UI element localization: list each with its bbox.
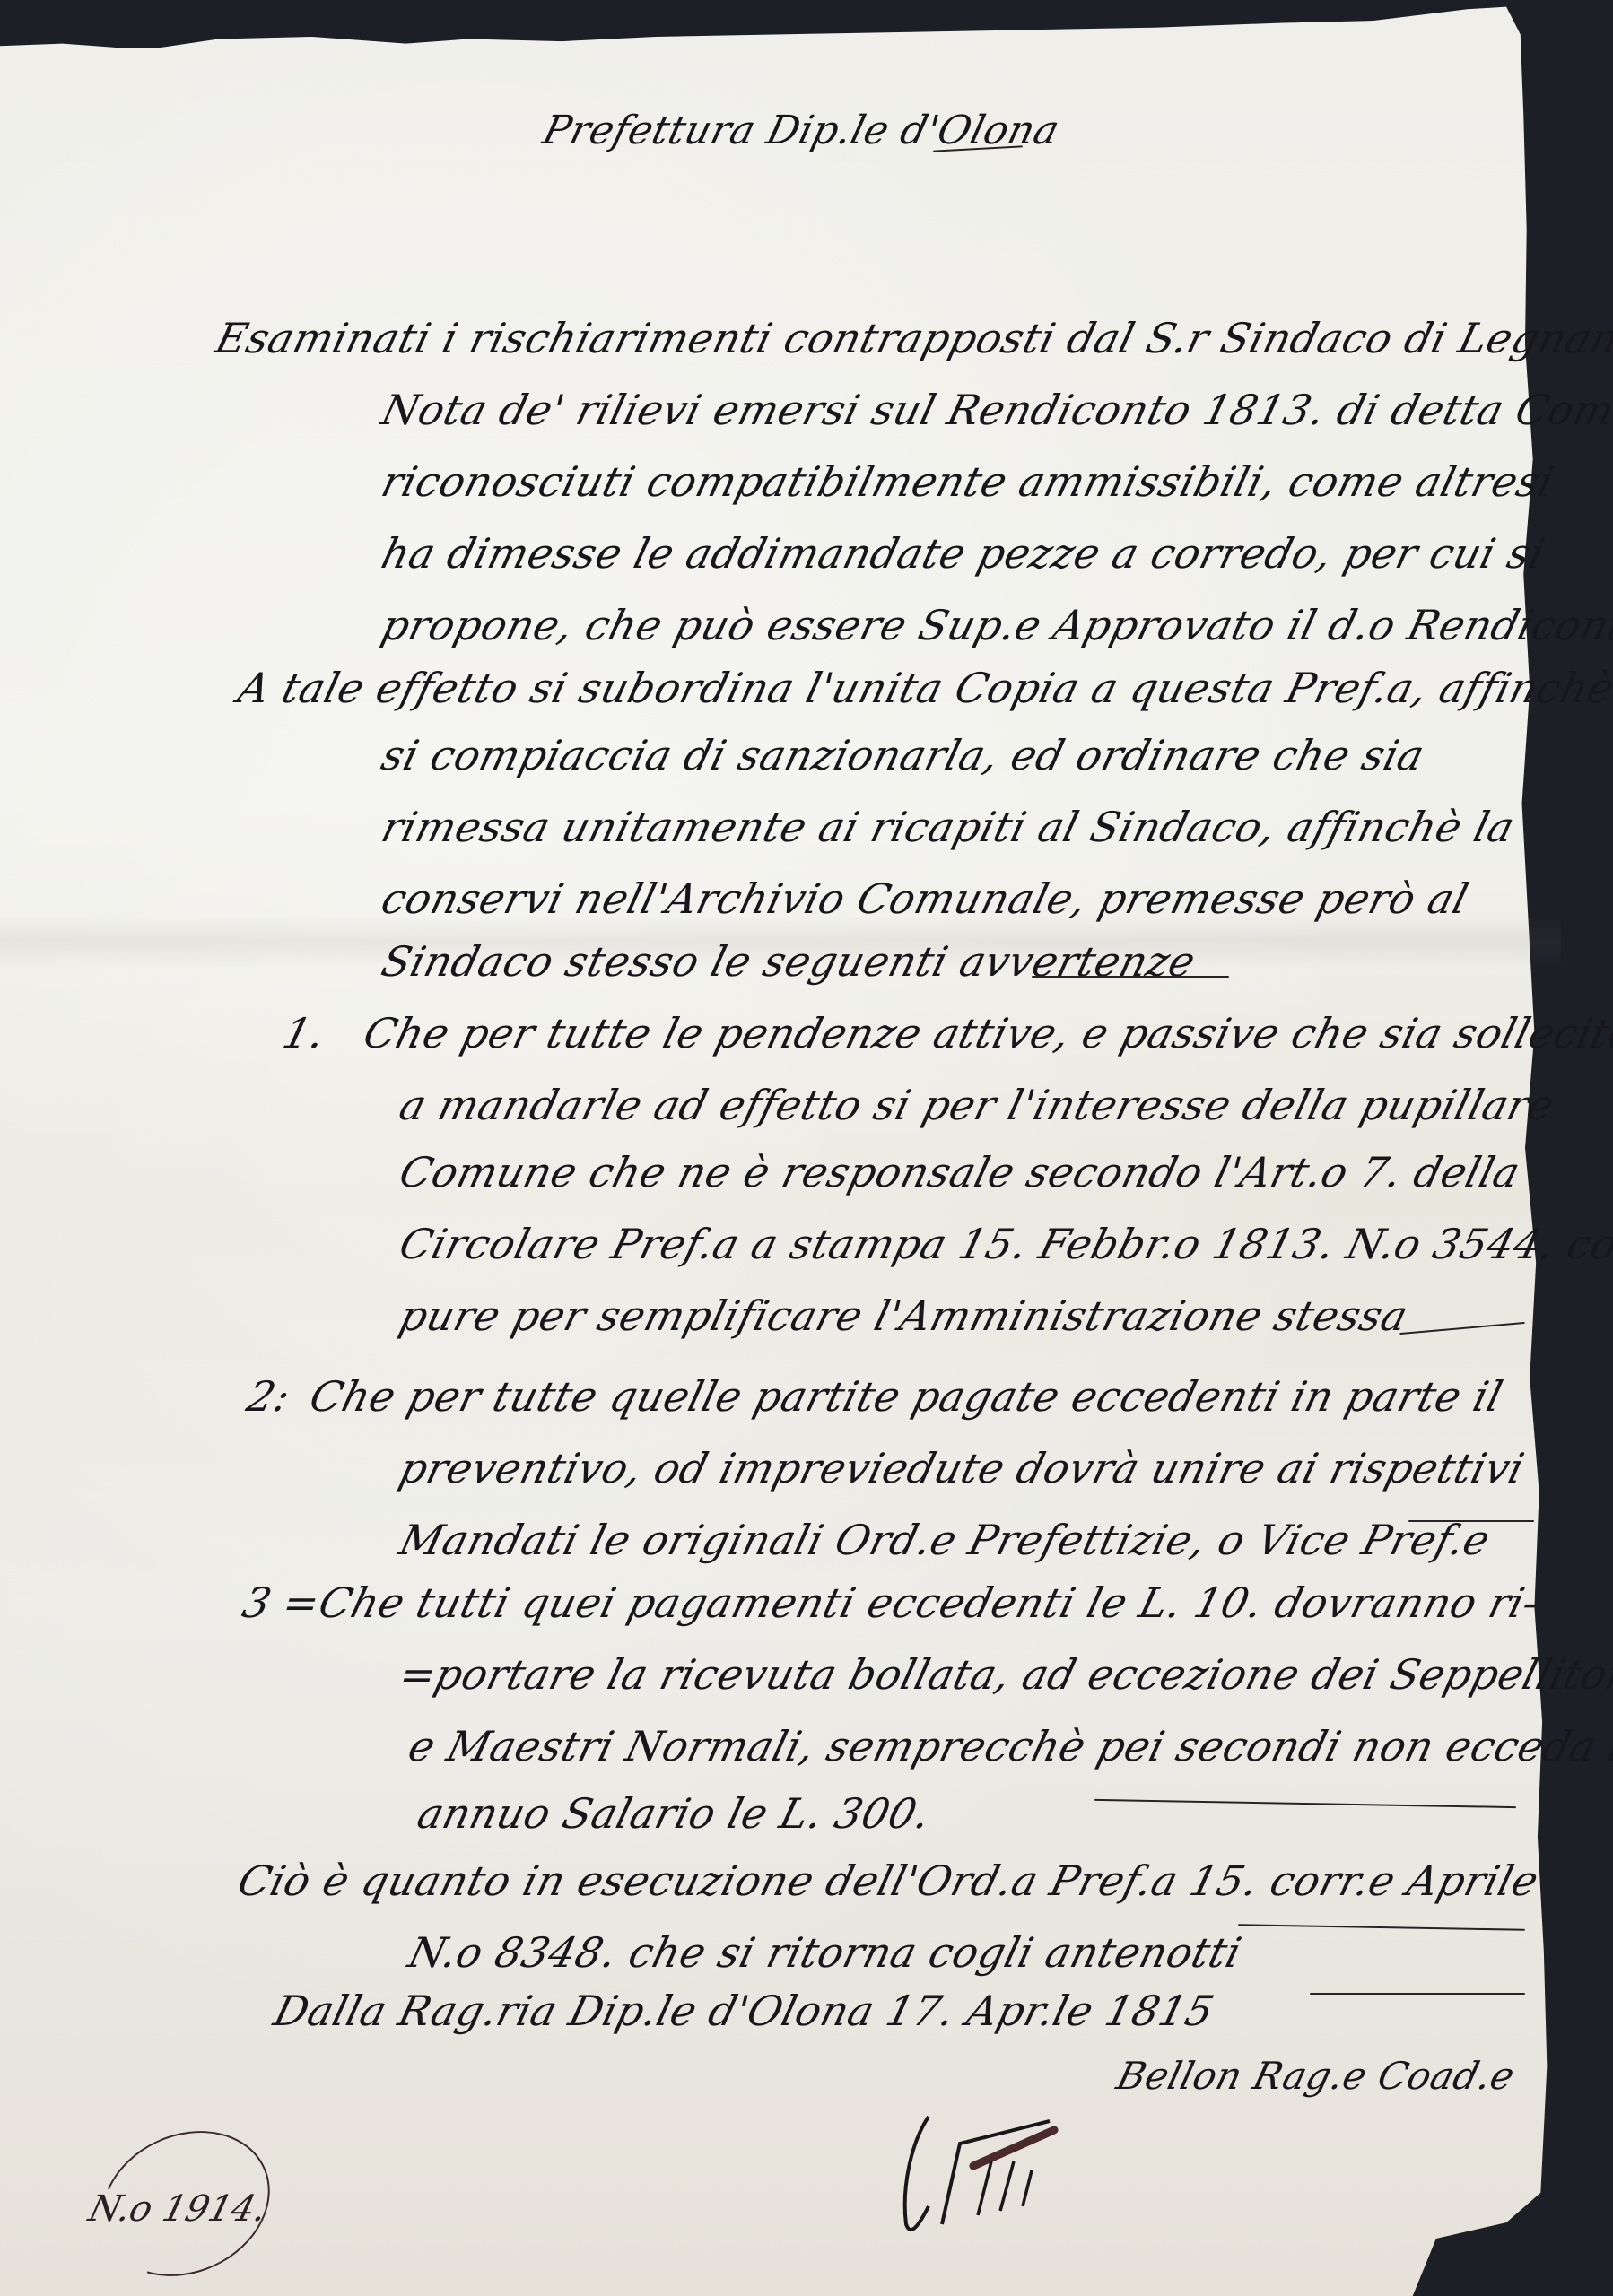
closing-line-2: N.o 8348. che si ritorna cogli antenotti <box>404 1928 1246 1977</box>
document-heading: Prefettura Dip.le d'Olona <box>538 108 1064 153</box>
item-3-line-4: annuo Salario le L. 300. <box>413 1789 936 1838</box>
body-line-9: conservi nell'Archivio Comunale, premess… <box>377 874 1473 923</box>
body-line-7: si compiaccia di sanzionarla, ed ordinar… <box>377 731 1429 779</box>
line-filler-rule <box>1032 976 1229 978</box>
body-line-10: Sindaco stesso le seguenti avvertenze <box>377 937 1200 986</box>
line-filler-rule <box>1408 1520 1534 1522</box>
item-3-line-2: =portare la ricevuta bollata, ad eccezio… <box>395 1650 1613 1699</box>
dateline: Dalla Rag.ria Dip.le d'Olona 17. Apr.le … <box>269 1987 1219 2035</box>
item-1-line-1: Che per tutte le pendenze attive, e pass… <box>359 1009 1613 1057</box>
item-3-line-1: Che tutti quei pagamenti eccedenti le L.… <box>314 1578 1544 1627</box>
body-line-2: Nota de' rilievi emersi sul Rendiconto 1… <box>377 386 1613 434</box>
item-3-number: 3 = <box>238 1578 325 1627</box>
body-line-3: riconosciuti compatibilmente ammissibili… <box>377 457 1558 506</box>
body-line-8: rimessa unitamente ai ricapiti al Sindac… <box>377 803 1520 851</box>
protocol-number: N.o 1914. <box>84 2188 271 2230</box>
item-2-line-1: Che per tutte quelle partite pagate ecce… <box>305 1372 1508 1421</box>
item-1-line-2: a mandarle ad effetto si per l'interesse… <box>395 1081 1559 1129</box>
item-3-line-3: e Maestri Normali, semprecchè pei second… <box>404 1722 1613 1770</box>
body-line-4: ha dimesse le addimandate pezze a corred… <box>377 529 1550 578</box>
line-filler-rule <box>1310 1993 1525 1995</box>
signature-bellon: Bellon Rag.e Coad.e <box>1112 2054 1520 2098</box>
initials-signature-icon <box>888 2081 1121 2260</box>
item-1-line-4: Circolare Pref.a a stampa 15. Febbr.o 18… <box>395 1220 1613 1268</box>
scan-background: Prefettura Dip.le d'Olona Esaminati i ri… <box>0 0 1613 2296</box>
closing-line-1: Ciò è quanto in esecuzione dell'Ord.a Pr… <box>233 1857 1544 1905</box>
item-2-line-2: preventivo, od impreviedute dovrà unire … <box>395 1444 1530 1492</box>
item-2-line-3: Mandati le originali Ord.e Prefettizie, … <box>395 1516 1495 1564</box>
item-1-line-3: Comune che ne è responsale secondo l'Art… <box>395 1148 1525 1196</box>
item-1-line-5: pure per semplificare l'Amministrazione … <box>395 1291 1413 1340</box>
body-line-1: Esaminati i rischiarimenti contrapposti … <box>211 314 1613 362</box>
body-line-5: propone, che può essere Sup.e Approvato … <box>377 601 1613 649</box>
body-line-6: A tale effetto si subordina l'unita Copi… <box>233 664 1613 712</box>
